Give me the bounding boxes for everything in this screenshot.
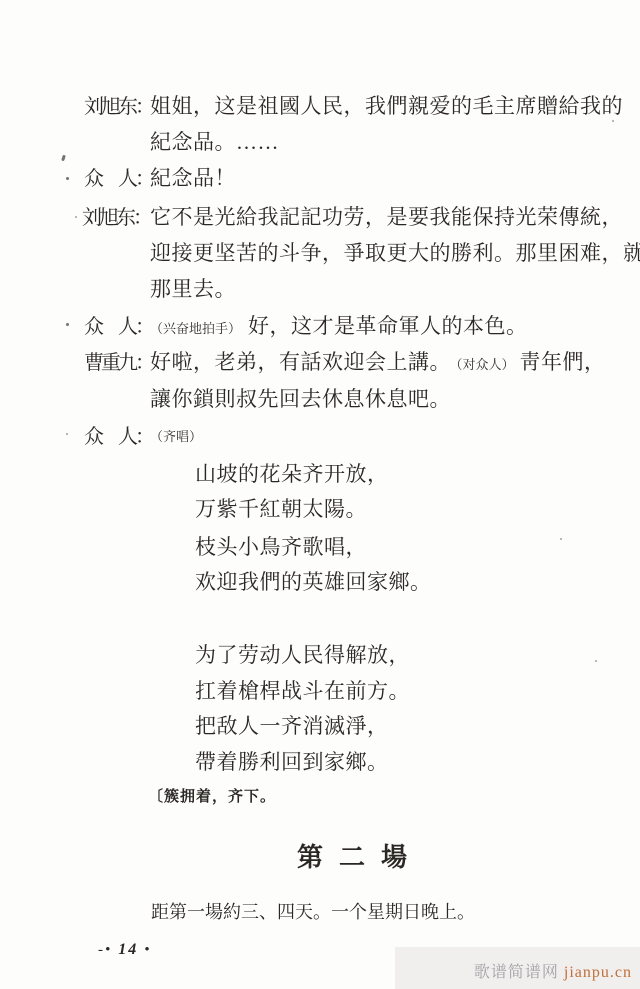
stage-direction: 〔簇拥着，齐下。 [148, 790, 276, 805]
song-line: 山坡的花朵齐开放， [195, 464, 389, 485]
stage-note-inline: （对众人） [456, 357, 515, 372]
scan-speck [612, 120, 614, 122]
dialogue-text: 紀念品。…… [150, 132, 279, 153]
speaker-name: 众 人： [84, 427, 152, 447]
dialogue-text: 靑年們， [520, 350, 606, 374]
speaker-name: 众 人： [84, 317, 152, 337]
dialogue-text: 它不是光給我記記功劳，是要我能保持光荣傳統， [150, 207, 623, 228]
page-number: 14 [118, 941, 138, 958]
watermark-site-name: 歌谱简谱网 [474, 964, 559, 981]
dialogue-text: 姐姐，这是祖國人民，我們親爱的毛主席贈給我的 [150, 96, 623, 117]
scan-speck [61, 155, 66, 162]
page-number-decor: • [144, 942, 151, 958]
song-line: 扛着槍桿战斗在前方。 [195, 681, 410, 702]
song-line: 欢迎我們的英雄回家鄉。 [195, 572, 432, 593]
song-line: 把敌人一齐消滅淨， [195, 716, 389, 737]
stage-note-inline: （齐唱） [150, 430, 202, 443]
dialogue-text: 讓你鎖則叔先回去休息休息吧。 [150, 389, 451, 410]
scan-speck [66, 323, 69, 326]
song-line: 为了劳动人民得解放， [195, 645, 410, 666]
song-line: 万紫千紅朝太陽。 [195, 499, 367, 520]
dialogue-line: （兴奋地拍手）好，这才是革命軍人的本色。 [150, 316, 528, 337]
scan-speck [595, 660, 597, 662]
speaker-name: 曹重九： [84, 353, 152, 373]
scan-speck [75, 216, 77, 218]
song-line: 帶着勝利回到家鄉。 [195, 752, 389, 773]
scan-speck [66, 177, 69, 180]
scan-speck [66, 433, 68, 435]
speaker-name: 刘旭东： [82, 208, 150, 228]
page-number-decor: -• [98, 942, 112, 958]
stage-note-inline: （兴奋地拍手） [150, 321, 241, 336]
speaker-name: 刘旭东： [84, 97, 152, 117]
song-line: 枝头小鳥齐歌唱， [195, 537, 367, 558]
dialogue-text: 迎接更坚苦的斗争，爭取更大的勝利。那里困难，就到 [150, 243, 640, 264]
dialogue-text: 好，这才是革命軍人的本色。 [248, 314, 528, 338]
scan-speck [560, 538, 562, 540]
dialogue-text: 好啦，老弟，有話欢迎会上講。 [150, 350, 451, 374]
dialogue-line: 好啦，老弟，有話欢迎会上講。（对众人）靑年們， [150, 352, 606, 373]
dialogue-text: 那里去。 [150, 279, 236, 300]
scene-note: 距第一場約三、四天。一个星期日晚上。 [151, 903, 475, 921]
page-number-row: -•14• [98, 942, 152, 958]
scene-title: 第 二 場 [297, 845, 402, 871]
script-page-scan: 刘旭东： 姐姐，这是祖國人民，我們親爱的毛主席贈給我的 紀念品。…… 众 人： … [0, 0, 640, 989]
watermark-site-url: jianpu.cn [564, 964, 632, 981]
watermark: 歌谱简谱网jianpu.cn [474, 959, 632, 982]
dialogue-text: 紀念品！ [150, 168, 236, 189]
speaker-name: 众 人： [84, 169, 152, 189]
